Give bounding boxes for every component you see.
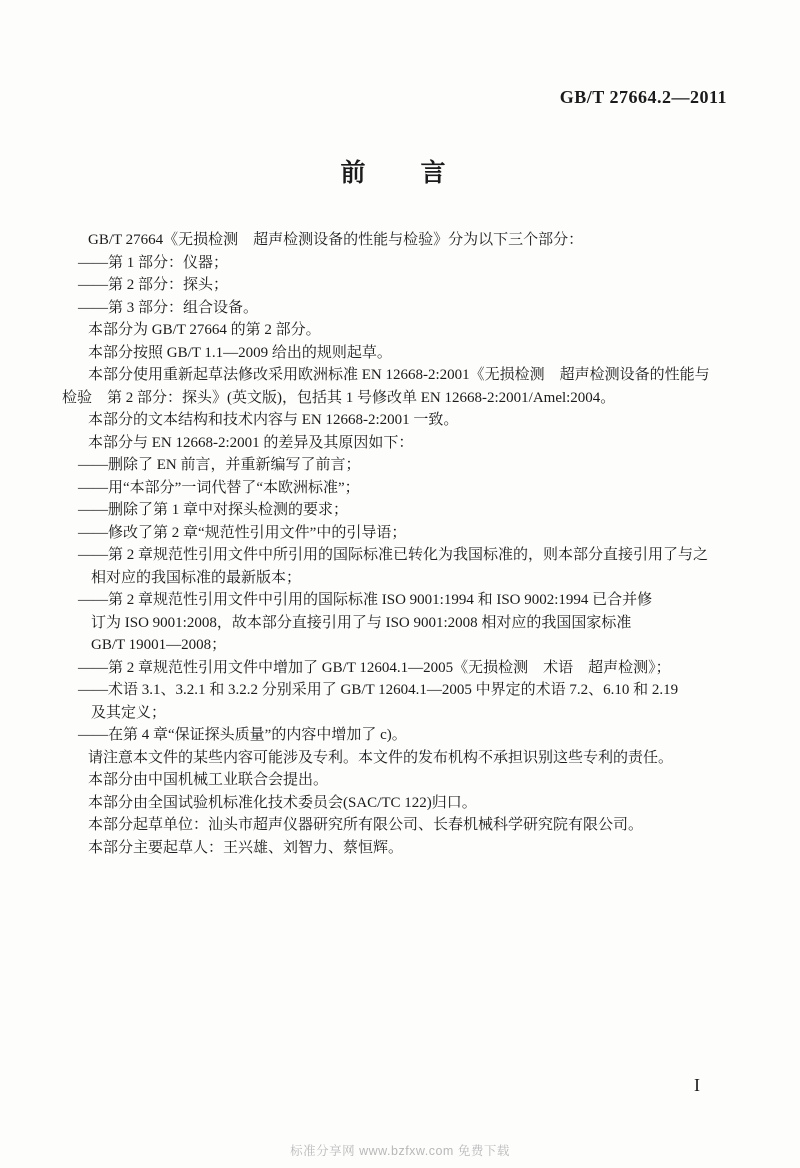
body-line: 本部分起草单位：汕头市超声仪器研究所有限公司、长春机械科学研究院有限公司。 xyxy=(62,814,752,837)
body-line: 订为 ISO 9001:2008，故本部分直接引用了与 ISO 9001:200… xyxy=(62,612,752,635)
title-char: 前 xyxy=(340,158,365,190)
watermark: 标准分享网 www.bzfxw.com 免费下载 xyxy=(0,1141,800,1159)
body-line: 本部分使用重新起草法修改采用欧洲标准 EN 12668-2:2001《无损检测 … xyxy=(62,364,752,387)
body-line: ——第 2 部分：探头； xyxy=(62,274,752,297)
body-line: ——删除了第 1 章中对探头检测的要求； xyxy=(62,499,752,522)
foreword-body: GB/T 27664《无损检测 超声检测设备的性能与检验》分为以下三个部分：——… xyxy=(62,229,752,859)
body-line: 本部分按照 GB/T 1.1—2009 给出的规则起草。 xyxy=(62,342,752,365)
body-line: 本部分为 GB/T 27664 的第 2 部分。 xyxy=(62,319,752,342)
body-line: ——修改了第 2 章“规范性引用文件”中的引导语； xyxy=(62,522,752,545)
body-line: ——第 1 部分：仪器； xyxy=(62,252,752,275)
body-line: ——第 2 章规范性引用文件中所引用的国际标准已转化为我国标准的，则本部分直接引… xyxy=(62,544,752,567)
body-line: 本部分主要起草人：王兴雄、刘智力、蔡恒辉。 xyxy=(62,837,752,860)
body-line: 本部分由全国试验机标准化技术委员会(SAC/TC 122)归口。 xyxy=(62,792,752,815)
title-char: 言 xyxy=(421,158,446,190)
body-line: 本部分的文本结构和技术内容与 EN 12668-2:2001 一致。 xyxy=(62,409,752,432)
page-title: 前 言 xyxy=(0,158,793,190)
page-number: I xyxy=(694,1075,701,1096)
body-line: ——第 3 部分：组合设备。 xyxy=(62,297,752,320)
body-line: ——第 2 章规范性引用文件中增加了 GB/T 12604.1—2005《无损检… xyxy=(62,657,752,680)
body-line: GB/T 27664《无损检测 超声检测设备的性能与检验》分为以下三个部分： xyxy=(62,229,752,252)
body-line: 本部分由中国机械工业联合会提出。 xyxy=(62,769,752,792)
body-line: 请注意本文件的某些内容可能涉及专利。本文件的发布机构不承担识别这些专利的责任。 xyxy=(62,747,752,770)
body-line: ——用“本部分”一词代替了“本欧洲标准”； xyxy=(62,477,752,500)
body-line: GB/T 19001—2008； xyxy=(62,634,752,657)
doc-number: GB/T 27664.2—2011 xyxy=(560,87,727,108)
body-line: ——第 2 章规范性引用文件中引用的国际标准 ISO 9001:1994 和 I… xyxy=(62,589,752,612)
body-line: 检验 第 2 部分：探头》(英文版)，包括其 1 号修改单 EN 12668-2… xyxy=(62,387,752,410)
page: GB/T 27664.2—2011 前 言 GB/T 27664《无损检测 超声… xyxy=(0,0,800,1168)
body-line: 相对应的我国标准的最新版本； xyxy=(62,567,752,590)
body-line: ——删除了 EN 前言，并重新编写了前言； xyxy=(62,454,752,477)
body-line: ——在第 4 章“保证探头质量”的内容中增加了 c)。 xyxy=(62,724,752,747)
body-line: 本部分与 EN 12668-2:2001 的差异及其原因如下： xyxy=(62,432,752,455)
body-line: ——术语 3.1、3.2.1 和 3.2.2 分别采用了 GB/T 12604.… xyxy=(62,679,752,702)
body-line: 及其定义； xyxy=(62,702,752,725)
